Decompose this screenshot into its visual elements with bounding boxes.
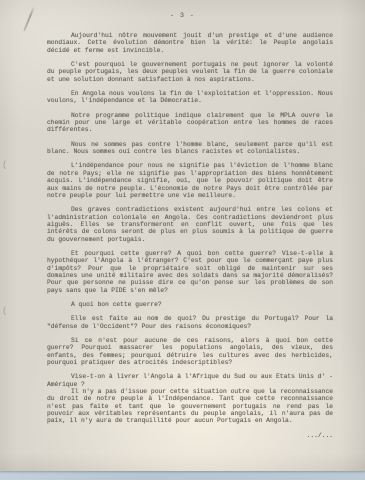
pencil-mark (23, 7, 35, 32)
paragraph: Elle est faite au nom de quoi? Du presti… (47, 315, 333, 330)
continuation-mark: .../... (47, 432, 333, 439)
paragraph: Et pourquoi cette guerre? A quoi bon cet… (47, 250, 333, 294)
paragraph: Aujourd'hui nôtre mouvement jouit d'un p… (47, 32, 333, 54)
paragraph: Vise-t-on à livrer l'Angola à l'Afrique … (47, 373, 333, 388)
paragraph: Nous ne sommes pas contre l'homme blanc,… (47, 141, 333, 156)
paragraph: L'indépendance pour nous ne signifie pas… (47, 162, 333, 199)
page-number: - 3 - (0, 12, 365, 19)
paragraph: Des graves contradictions existent aujou… (47, 206, 333, 243)
document-body: Aujourd'hui nôtre mouvement jouit d'un p… (47, 32, 333, 439)
paragraph: A quoi bon cette guerre? (47, 301, 333, 308)
paragraph: Notre programme politique indique claire… (47, 112, 333, 134)
margin-mark: ( (2, 306, 7, 316)
paragraph: Il n'y a pas d'issue pour cette situatio… (47, 388, 333, 425)
paragraph: En Angola nous voulons la fin de l'explo… (47, 90, 333, 105)
paragraph: Si ce n'est pour aucune de ces raisons, … (47, 337, 333, 366)
paper-sheet: ( ( - 3 - Aujourd'hui nôtre mouvement jo… (0, 0, 365, 471)
margin-mark: ( (2, 160, 7, 170)
scanned-document: ( ( - 3 - Aujourd'hui nôtre mouvement jo… (0, 0, 365, 480)
paragraph: C'est pourquoi le gouvernement portugais… (47, 61, 333, 83)
